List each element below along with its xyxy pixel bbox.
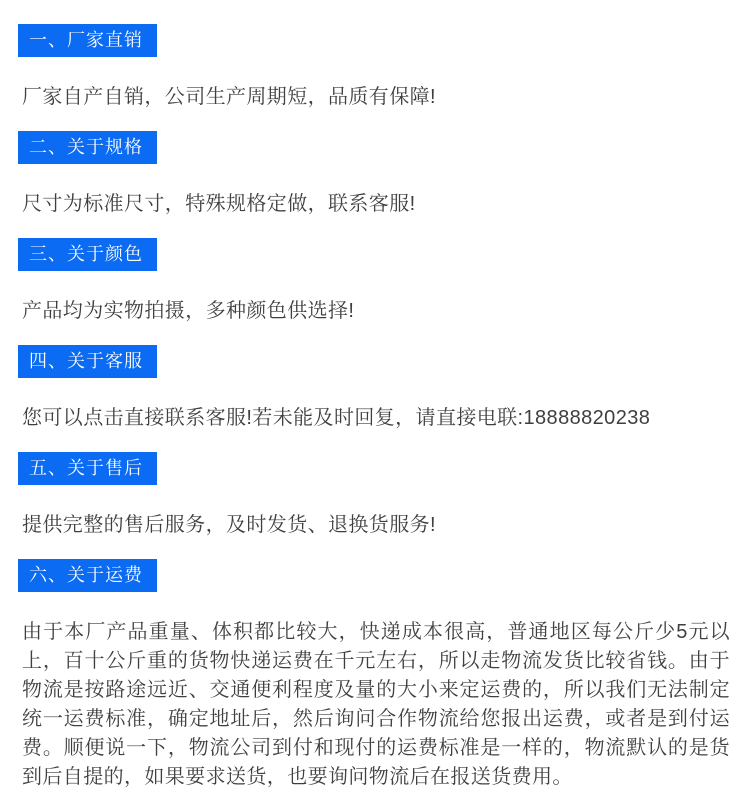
product-faq-page: 一、厂家直销 厂家自产自销，公司生产周期短，品质有保障! 二、关于规格 尺寸为标… <box>0 0 750 789</box>
badge-customer-service: 四、关于客服 <box>18 345 157 378</box>
badge-colors: 三、关于颜色 <box>18 238 157 271</box>
text-shipping: 由于本厂产品重量、体积都比较大，快递成本很高，普通地区每公斤少5元以上，百十公斤… <box>22 618 730 789</box>
text-customer-service: 您可以点击直接联系客服!若未能及时回复，请直接电联:18888820238 <box>22 404 730 432</box>
badge-shipping: 六、关于运费 <box>18 559 157 592</box>
section-factory-direct: 一、厂家直销 厂家自产自销，公司生产周期短，品质有保障! <box>0 24 750 111</box>
text-factory-direct: 厂家自产自销，公司生产周期短，品质有保障! <box>22 83 730 111</box>
section-colors: 三、关于颜色 产品均为实物拍摄，多种颜色供选择! <box>0 238 750 325</box>
text-specifications: 尺寸为标准尺寸，特殊规格定做，联系客服! <box>22 190 730 218</box>
section-customer-service: 四、关于客服 您可以点击直接联系客服!若未能及时回复，请直接电联:1888882… <box>0 345 750 432</box>
section-after-sales: 五、关于售后 提供完整的售后服务，及时发货、退换货服务! <box>0 452 750 539</box>
badge-factory-direct: 一、厂家直销 <box>18 24 157 57</box>
section-specifications: 二、关于规格 尺寸为标准尺寸，特殊规格定做，联系客服! <box>0 131 750 218</box>
badge-specifications: 二、关于规格 <box>18 131 157 164</box>
text-after-sales: 提供完整的售后服务，及时发货、退换货服务! <box>22 511 730 539</box>
badge-after-sales: 五、关于售后 <box>18 452 157 485</box>
text-colors: 产品均为实物拍摄，多种颜色供选择! <box>22 297 730 325</box>
section-shipping: 六、关于运费 由于本厂产品重量、体积都比较大，快递成本很高，普通地区每公斤少5元… <box>0 559 750 789</box>
